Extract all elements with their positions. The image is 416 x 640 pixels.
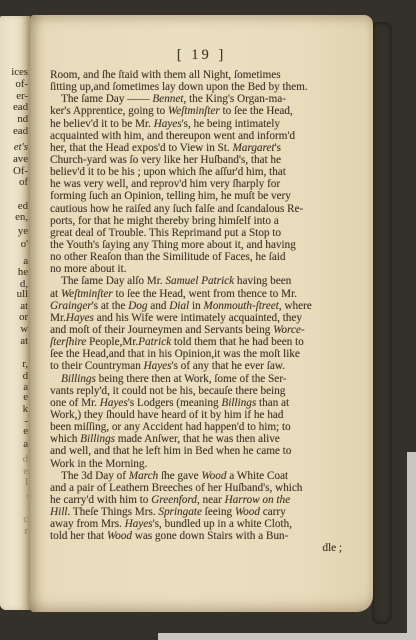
regular-text: Work,) they ſhould have heard of it by h… — [50, 409, 283, 421]
italic-text: Monmouth-ſtreet — [203, 300, 278, 312]
text-line: to their Countryman Hayes's of any that … — [50, 360, 354, 372]
text-line: cautious how he raiſed any ſuch falſe an… — [50, 203, 354, 215]
italic-text: Harrow on the — [225, 494, 290, 506]
regular-text: Church-yard was ſo very like her Huſband… — [50, 154, 281, 166]
book-page: [ 19 ] Room, and ſhe ſtaid with them all… — [30, 15, 373, 612]
regular-text: he carry'd with him to — [50, 494, 151, 506]
book-fore-edge — [372, 22, 392, 624]
regular-text: 's of any that he ever ſaw. — [172, 360, 285, 372]
text-line: forming ſuch an Opinion, telling him, he… — [50, 190, 354, 202]
text-line: ports, for that he might thereby bring h… — [50, 215, 354, 227]
regular-text: he was very well, and reprov'd him very … — [50, 178, 280, 190]
text-line: which Billings made Anſwer, that he was … — [50, 433, 354, 445]
italic-text: Hayes — [66, 312, 94, 324]
regular-text: great deal of Trouble. This Reprimand pu… — [50, 227, 281, 239]
italic-text: Springate — [158, 506, 202, 518]
facing-page-fragment: ull — [17, 289, 28, 300]
regular-text: her, that the Head expos'd to View in St… — [50, 142, 232, 154]
regular-text: , near — [197, 494, 225, 506]
regular-text: The ſame Day —— — [61, 93, 152, 105]
regular-text: 's — [275, 142, 281, 154]
text-line: dle ; — [50, 542, 354, 554]
text-line: acquainted with him, and thereupon went … — [50, 130, 354, 142]
regular-text: in — [189, 300, 203, 312]
facing-page-fragment: at — [20, 336, 28, 347]
regular-text: and well, and that he left him in Bed wh… — [50, 445, 291, 457]
facing-page-fragment: ead — [13, 126, 28, 137]
text-line: and a pair of Leathern Breeches of her H… — [50, 482, 354, 494]
facing-page-fragment: l — [25, 477, 28, 488]
text-line: he was very well, and reprov'd him very … — [50, 178, 354, 190]
facing-page-fragment: of- — [15, 79, 28, 90]
facing-page-fragment: a — [23, 439, 28, 450]
text-line: Work,) they ſhould have heard of it by h… — [50, 409, 354, 421]
regular-text: 's, bundled up in a white Cloth, — [153, 518, 292, 530]
text-line: he believ'd it to be Mr. Hayes's, he bei… — [50, 118, 354, 130]
italic-text: ſterſhire — [50, 336, 86, 348]
regular-text: to ſee the Head, went from thence to Mr. — [113, 288, 297, 300]
regular-text: and his Wife were intimately acquainted,… — [94, 312, 302, 324]
regular-text: 's, he being intimately — [182, 118, 280, 130]
facing-page-fragment: e — [23, 426, 28, 437]
text-line: The ſame Day alſo Mr. Samuel Patrick hav… — [50, 275, 354, 287]
regular-text: acquainted with him, and thereupon went … — [50, 130, 295, 142]
italic-text: Hayes — [154, 118, 182, 130]
regular-text: . Theſe Things Mrs. — [67, 506, 158, 518]
regular-text: was gone down Stairs with a Bun- — [132, 530, 288, 542]
italic-text: Weſtminſter — [168, 105, 220, 117]
italic-text: Billings — [221, 397, 256, 409]
text-line: vants reply'd, it could not be his, beca… — [50, 385, 354, 397]
facing-page-fragment: he — [18, 267, 28, 278]
text-line: great deal of Trouble. This Reprimand pu… — [50, 227, 354, 239]
text-line: Billings being there then at Work, ſome … — [50, 373, 354, 385]
facing-page-edge: icesof-er-eadndeadet'saveOf-ofeden,yeo'a… — [0, 16, 30, 610]
regular-text: forming ſuch an Opinion, telling him, he… — [50, 190, 291, 202]
text-line: ker's Apprentice, going to Weſtminſter t… — [50, 105, 354, 117]
italic-text: Billings — [61, 373, 96, 385]
facing-page-fragment: r, — [22, 359, 28, 370]
regular-text: and — [147, 300, 169, 312]
regular-text: 's at the — [92, 300, 129, 312]
italic-text: Wood — [107, 530, 132, 542]
text-line: Church-yard was ſo very like her Huſband… — [50, 154, 354, 166]
italic-text: Wood — [201, 470, 226, 482]
regular-text: at — [50, 288, 61, 300]
scanner-backdrop-bottom — [158, 633, 416, 640]
regular-text: being there then at Work, ſome of the Se… — [96, 373, 287, 385]
regular-text: carry — [260, 506, 286, 518]
italic-text: Dial — [169, 300, 189, 312]
regular-text: ſhe gave — [158, 470, 201, 482]
facing-page-fragment: ave — [13, 154, 28, 165]
facing-page-fragment: e — [23, 392, 28, 403]
italic-text: Worce- — [273, 324, 304, 336]
regular-text: one of Mr. — [50, 397, 100, 409]
italic-text: Hayes — [125, 518, 153, 530]
text-line: Hill. Theſe Things Mrs. Springate ſeeing… — [50, 506, 354, 518]
italic-text: Grainger — [50, 300, 92, 312]
regular-text: no other Reaſon than the Similitude of F… — [50, 251, 286, 263]
scanner-backdrop-right — [407, 452, 416, 640]
page-number: [ 19 ] — [30, 47, 373, 64]
regular-text: Work in the Morning. — [50, 458, 147, 470]
italic-text: Bennet — [152, 93, 183, 105]
regular-text: cautious how he raiſed any ſuch falſe an… — [50, 203, 303, 215]
regular-text: The 3d Day of — [61, 470, 129, 482]
facing-page-fragment: nd — [17, 114, 28, 125]
regular-text: to ſee the Head, — [220, 105, 293, 117]
italic-text: Weſtminſter — [61, 288, 113, 300]
italic-text: March — [129, 470, 158, 482]
facing-page-fragment: ead — [13, 102, 28, 113]
text-line: Room, and ſhe ſtaid with them all Night,… — [50, 69, 354, 81]
text-line: Mr.Hayes and his Wife were intimately ac… — [50, 312, 354, 324]
regular-text: ſitting up,and ſometimes lay down upon t… — [50, 81, 308, 93]
facing-page-fragment: r — [24, 526, 28, 537]
italic-text: Patrick — [138, 336, 171, 348]
book-scan-photo: icesof-er-eadndeadet'saveOf-ofeden,yeo'a… — [0, 0, 416, 640]
regular-text: away from Mrs. — [50, 518, 125, 530]
facing-page-fragment: w — [20, 324, 28, 335]
facing-page-fragment: of — [19, 177, 28, 188]
facing-page-fragment: ' — [26, 494, 28, 505]
regular-text: the Youth's ſaying any Thing more about … — [50, 239, 296, 251]
text-line: he carry'd with him to Greenford, near H… — [50, 494, 354, 506]
regular-text: and a pair of Leathern Breeches of her H… — [50, 482, 302, 494]
text-line: one of Mr. Hayes's Lodgers (meaning Bill… — [50, 397, 354, 409]
italic-text: Hayes — [144, 360, 172, 372]
regular-text: made Anſwer, that he was then alive — [115, 433, 280, 445]
italic-text: Dog — [128, 300, 147, 312]
text-line: at Weſtminſter to ſee the Head, went fro… — [50, 288, 354, 300]
text-line: ſterſhire People,Mr.Patrick told them th… — [50, 336, 354, 348]
regular-text: ſee the Head,and that in his Opinion,it … — [50, 348, 300, 360]
text-line: Work in the Morning. — [50, 458, 354, 470]
text-line: The ſame Day —— Bennet, the King's Organ… — [50, 93, 354, 105]
facing-page-fragment: et's — [14, 142, 28, 153]
facing-page-fragment: or — [19, 312, 28, 323]
text-line: ſee the Head,and that in his Opinion,it … — [50, 348, 354, 360]
italic-text: Hayes — [100, 397, 128, 409]
facing-page-fragment: en, — [15, 212, 28, 223]
facing-page-fragment: c — [23, 514, 28, 525]
facing-page-fragment: o' — [21, 239, 28, 250]
regular-text: believ'd it to be his ; upon which ſhe a… — [50, 166, 286, 178]
text-line: no more about it. — [50, 263, 354, 275]
text-line: The 3d Day of March ſhe gave Wood a Whit… — [50, 470, 354, 482]
regular-text: Mr. — [50, 312, 66, 324]
text-line: and moſt of their Journeymen and Servant… — [50, 324, 354, 336]
regular-text: to their Countryman — [50, 360, 144, 372]
text-line: her, that the Head expos'd to View in St… — [50, 142, 354, 154]
regular-text: , where — [279, 300, 312, 312]
facing-page-fragment: ye — [18, 226, 28, 237]
facing-page-fragment: d — [23, 454, 28, 465]
regular-text: he believ'd it to be Mr. — [50, 118, 154, 130]
regular-text: told her that — [50, 530, 107, 542]
italic-text: Wood — [235, 506, 260, 518]
regular-text: ſeeing — [202, 506, 235, 518]
regular-text: , the King's Organ-ma- — [183, 93, 285, 105]
italic-text: Greenford — [151, 494, 197, 506]
regular-text: than at — [256, 397, 289, 409]
text-line: believ'd it to be his ; upon which ſhe a… — [50, 166, 354, 178]
regular-text: dle ; — [322, 542, 342, 554]
text-line: been miſſing, or any Accident had happen… — [50, 421, 354, 433]
text-line: ſitting up,and ſometimes lay down upon t… — [50, 81, 354, 93]
regular-text: a White Coat — [226, 470, 288, 482]
regular-text: been miſſing, or any Accident had happen… — [50, 421, 291, 433]
italic-text: Billings — [80, 433, 115, 445]
italic-text: Samuel Patrick — [165, 275, 234, 287]
text-line: no other Reaſon than the Similitude of F… — [50, 251, 354, 263]
regular-text: vants reply'd, it could not be his, beca… — [50, 385, 285, 397]
text-line: told her that Wood was gone down Stairs … — [50, 530, 354, 542]
text-line: away from Mrs. Hayes's, bundled up in a … — [50, 518, 354, 530]
italic-text: Hill — [50, 506, 67, 518]
italic-text: Margaret — [232, 142, 274, 154]
facing-page-fragment: k — [23, 404, 28, 415]
text-line: and well, and that he left him in Bed wh… — [50, 445, 354, 457]
regular-text: Room, and ſhe ſtaid with them all Night,… — [50, 69, 281, 81]
regular-text: People,Mr. — [86, 336, 138, 348]
regular-text: and moſt of their Journeymen and Servant… — [50, 324, 273, 336]
text-line: Grainger's at the Dog and Dial in Monmou… — [50, 300, 354, 312]
regular-text: 's Lodgers (meaning — [128, 397, 222, 409]
regular-text: ports, for that he might thereby bring h… — [50, 215, 279, 227]
regular-text: which — [50, 433, 80, 445]
regular-text: ker's Apprentice, going to — [50, 105, 168, 117]
page-text-block: Room, and ſhe ſtaid with them all Night,… — [50, 69, 354, 555]
regular-text: The ſame Day alſo Mr. — [61, 275, 165, 287]
regular-text: having been — [234, 275, 291, 287]
regular-text: no more about it. — [50, 263, 126, 275]
regular-text: told them that he had been to — [171, 336, 304, 348]
text-line: the Youth's ſaying any Thing more about … — [50, 239, 354, 251]
facing-page-fragment: ices — [11, 67, 28, 78]
